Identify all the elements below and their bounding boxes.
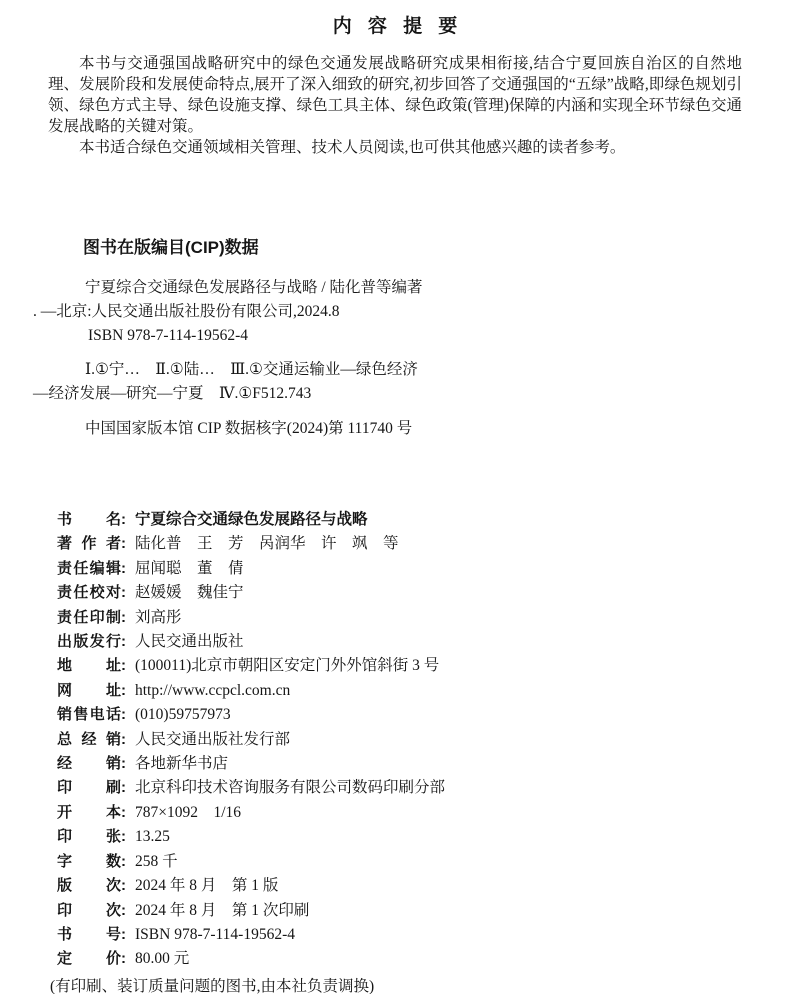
field-value: 各地新华书店	[135, 752, 228, 776]
field-colon: :	[121, 850, 126, 874]
field-colon: :	[121, 776, 126, 800]
field-label: 经销	[57, 752, 121, 776]
field-label: 字数	[57, 850, 121, 874]
row-website: 网址:http://www.ccpcl.com.cn	[57, 679, 757, 703]
field-value: 2024 年 8 月 第 1 次印刷	[135, 899, 309, 923]
field-value: ISBN 978-7-114-19562-4	[135, 923, 295, 947]
row-sheets: 印张:13.25	[57, 825, 757, 849]
field-label: 责任编辑	[57, 557, 121, 581]
field-colon: :	[121, 581, 126, 605]
row-authors: 著作者:陆化普 王 芳 呙润华 许 飒 等	[57, 532, 757, 556]
cip-section: 图书在版编目(CIP)数据 宁夏综合交通绿色发展路径与战略 / 陆化普等编著 .…	[33, 236, 745, 441]
field-value: 人民交通出版社发行部	[135, 728, 290, 752]
content-summary-title: 内容提要	[0, 11, 790, 38]
field-value: 赵媛媛 魏佳宁	[135, 581, 244, 605]
field-value: 13.25	[135, 825, 170, 849]
summary-paragraph-2: 本书适合绿色交通领域相关管理、技术人员阅读,也可供其他感兴趣的读者参考。	[48, 137, 742, 158]
row-price: 定价:80.00 元	[57, 947, 757, 971]
field-value: 258 千	[135, 850, 178, 874]
field-label: 责任印制	[57, 606, 121, 630]
cip-record-line: 中国国家版本馆 CIP 数据核字(2024)第 111740 号	[33, 417, 745, 441]
field-colon: :	[121, 679, 126, 703]
field-colon: :	[121, 923, 126, 947]
field-value: 屈闻聪 董 倩	[135, 557, 244, 581]
field-value: 2024 年 8 月 第 1 版	[135, 874, 278, 898]
cip-header: 图书在版编目(CIP)数据	[83, 236, 745, 259]
row-word-count: 字数:258 千	[57, 850, 757, 874]
field-label: 定价	[57, 947, 121, 971]
cip-class-line-2: —经济发展—研究—宁夏 Ⅳ.①F512.743	[33, 382, 745, 406]
field-colon: :	[121, 801, 126, 825]
field-label: 总经销	[57, 728, 121, 752]
field-value: 宁夏综合交通绿色发展路径与战略	[135, 508, 368, 532]
row-printing: 印次:2024 年 8 月 第 1 次印刷	[57, 899, 757, 923]
field-label: 出版发行	[57, 630, 121, 654]
cip-isbn-line: ISBN 978-7-114-19562-4	[33, 324, 745, 348]
field-colon: :	[121, 947, 126, 971]
row-general-distributor: 总经销:人民交通出版社发行部	[57, 728, 757, 752]
field-value: 北京科印技术咨询服务有限公司数码印刷分部	[135, 776, 445, 800]
field-label: 开本	[57, 801, 121, 825]
field-label: 销售电话	[57, 703, 121, 727]
summary-paragraph-1: 本书与交通强国战略研究中的绿色交通发展战略研究成果相衔接,结合宁夏回族自治区的自…	[48, 53, 742, 137]
field-label: 著作者	[57, 532, 121, 556]
field-value: 787×1092 1/16	[135, 801, 241, 825]
field-colon: :	[121, 557, 126, 581]
field-value: 人民交通出版社	[135, 630, 244, 654]
field-label: 印张	[57, 825, 121, 849]
cip-title-line: 宁夏综合交通绿色发展路径与战略 / 陆化普等编著	[33, 276, 745, 300]
field-value: (100011)北京市朝阳区安定门外外馆斜街 3 号	[135, 654, 439, 678]
row-book-title: 书名:宁夏综合交通绿色发展路径与战略	[57, 508, 757, 532]
field-colon: :	[121, 630, 126, 654]
field-value: 陆化普 王 芳 呙润华 许 飒 等	[135, 532, 399, 556]
content-summary-section: 本书与交通强国战略研究中的绿色交通发展战略研究成果相衔接,结合宁夏回族自治区的自…	[48, 53, 742, 158]
row-sales-phone: 销售电话:(010)59757973	[57, 703, 757, 727]
field-value: 80.00 元	[135, 947, 189, 971]
field-label: 责任校对	[57, 581, 121, 605]
row-publisher: 出版发行:人民交通出版社	[57, 630, 757, 654]
field-value: http://www.ccpcl.com.cn	[135, 679, 290, 703]
field-value: 刘高彤	[135, 606, 182, 630]
field-colon: :	[121, 728, 126, 752]
field-colon: :	[121, 825, 126, 849]
field-colon: :	[121, 703, 126, 727]
field-label: 网址	[57, 679, 121, 703]
row-printer: 印刷:北京科印技术咨询服务有限公司数码印刷分部	[57, 776, 757, 800]
field-colon: :	[121, 752, 126, 776]
row-format: 开本:787×1092 1/16	[57, 801, 757, 825]
row-address: 地址:(100011)北京市朝阳区安定门外外馆斜街 3 号	[57, 654, 757, 678]
row-proofreaders: 责任校对:赵媛媛 魏佳宁	[57, 581, 757, 605]
colophon-section: 书名:宁夏综合交通绿色发展路径与战略 著作者:陆化普 王 芳 呙润华 许 飒 等…	[57, 508, 757, 994]
row-edition: 版次:2024 年 8 月 第 1 版	[57, 874, 757, 898]
cip-publisher-line: . —北京:人民交通出版社股份有限公司,2024.8	[33, 300, 745, 324]
field-label: 书号	[57, 923, 121, 947]
field-colon: :	[121, 606, 126, 630]
field-label: 印刷	[57, 776, 121, 800]
row-print-supervisor: 责任印制:刘高彤	[57, 606, 757, 630]
field-colon: :	[121, 654, 126, 678]
field-value: (010)59757973	[135, 703, 231, 727]
field-label: 版次	[57, 874, 121, 898]
row-isbn: 书号:ISBN 978-7-114-19562-4	[57, 923, 757, 947]
field-colon: :	[121, 899, 126, 923]
field-colon: :	[121, 508, 126, 532]
book-copyright-page: 内容提要 本书与交通强国战略研究中的绿色交通发展战略研究成果相衔接,结合宁夏回族…	[0, 0, 790, 994]
field-colon: :	[121, 874, 126, 898]
row-distributor: 经销:各地新华书店	[57, 752, 757, 776]
field-label: 印次	[57, 899, 121, 923]
field-label: 书名	[57, 508, 121, 532]
cip-class-line-1: Ⅰ.①宁… Ⅱ.①陆… Ⅲ.①交通运输业—绿色经济	[33, 358, 745, 382]
quality-exchange-note: (有印刷、装订质量问题的图书,由本社负责调换)	[50, 975, 757, 994]
row-responsible-editor: 责任编辑:屈闻聪 董 倩	[57, 557, 757, 581]
field-label: 地址	[57, 654, 121, 678]
field-colon: :	[121, 532, 126, 556]
